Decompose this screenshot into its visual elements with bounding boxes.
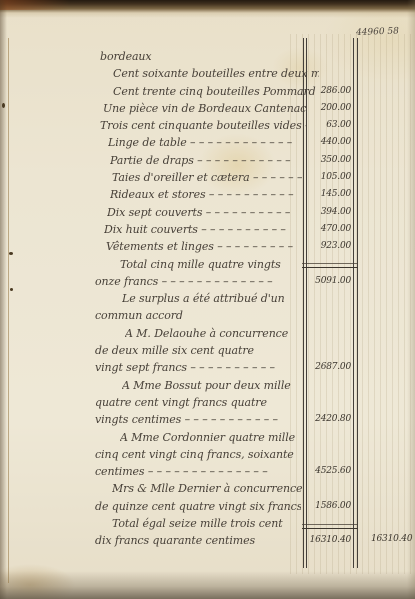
ledger-line: commun accord [95,307,301,324]
ledger-line-text: Total cinq mille quatre vingts [120,256,281,273]
manuscript-text-block: bordeauxCent soixante bouteilles entre d… [95,48,301,550]
page-left-binding-edge [0,0,7,599]
ledger-line: onze francs – – – – – – – – – – – – –509… [95,273,301,290]
ledger-line: A Mme Cordonnier quatre mille [95,429,301,446]
ledger-line: cinq cent vingt cinq francs, soixante [95,446,301,463]
ledger-line-text: cinq cent vingt cinq francs, soixante [95,446,294,463]
ledger-line: Linge de table – – – – – – – – – – – –44… [95,134,301,151]
subtotal-separator-line [302,263,358,268]
ledger-line-amount: 16310.40 [307,532,351,549]
ledger-line-amount: 470.00 [307,221,351,238]
ledger-line-text: quatre cent vingt francs quatre [95,394,267,411]
page-right-edge [407,0,415,599]
ledger-line: Total cinq mille quatre vingts [95,256,301,273]
ledger-line-text: Linge de table – – – – – – – – – – – – [108,134,292,151]
ledger-line: de quinze cent quatre vingt six francs –… [95,498,301,515]
amount-column-right-rule-inner [353,38,354,568]
ledger-line-amount: 440.00 [307,134,351,151]
ledger-line: dix francs quarante centimes16310.40 [95,532,301,549]
ledger-line-text: Une pièce vin de Bordeaux Cantenac – – [103,100,309,117]
ledger-line: Cent soixante bouteilles entre deux mers [95,65,301,82]
ledger-line-text: dix francs quarante centimes [95,532,255,549]
ledger-line: Le surplus a été attribué d'un [95,290,301,307]
ledger-line-text: de quinze cent quatre vingt six francs –… [95,498,301,515]
ledger-line-amount: 286.00 [307,83,351,100]
ledger-line-text: A Mme Bossut pour deux mille [122,377,291,394]
ledger-line-amount: 5091.00 [307,273,351,290]
ledger-line-text: vingts centimes – – – – – – – – – – – [95,411,278,428]
ink-speck [10,288,13,291]
ledger-line-amount: 4525.60 [307,463,351,480]
page-bottom-edge [0,571,415,599]
ledger-line-text: bordeaux [100,48,152,65]
ledger-line: Taies d'oreiller et cætera – – – – – –10… [95,169,301,186]
ledger-line-amount: 394.00 [307,204,351,221]
ledger-line: bordeaux [95,48,301,65]
page-top-left-corner [0,0,70,10]
ledger-line-amount: 2420.80 [307,411,351,428]
ledger-line-text: Partie de draps – – – – – – – – – – – [110,152,291,169]
grand-total-separator-line [302,524,358,529]
ledger-line: vingt sept francs – – – – – – – – – –268… [95,359,301,376]
ledger-line-text: Rideaux et stores – – – – – – – – – – [110,186,294,203]
ink-speck [9,252,13,255]
binding-crease-line [8,38,9,583]
ledger-line-text: onze francs – – – – – – – – – – – – – [95,273,273,290]
ledger-line: Trois cent cinquante bouteilles vides – … [95,117,301,134]
ledger-line-amount: 923.00 [307,238,351,255]
ledger-line-amount: 200.00 [307,100,351,117]
ledger-line-text: Mrs & Mlle Dernier à concurrence [112,480,302,497]
carry-forward-amount: 44960 58 [356,26,412,38]
ledger-line: centimes – – – – – – – – – – – – – –4525… [95,463,301,480]
ledger-line: A M. Delaouhe à concurrence [95,325,301,342]
scanned-ledger-page: 44960 58 bordeauxCent soixante bouteille… [0,0,415,599]
ledger-line-text: commun accord [95,307,183,324]
ledger-line: vingts centimes – – – – – – – – – – –242… [95,411,301,428]
ledger-line-text: Trois cent cinquante bouteilles vides – … [100,117,306,134]
ledger-line-text: Cent soixante bouteilles entre deux mers [113,65,319,82]
ledger-line: Dix sept couverts – – – – – – – – – –394… [95,204,301,221]
ledger-line-text: de deux mille six cent quatre [95,342,254,359]
ledger-line-amount: 105.00 [307,169,351,186]
ink-speck [2,103,5,108]
ledger-line-text: A Mme Cordonnier quatre mille [120,429,295,446]
amount-column-right-rule-outer [357,38,358,568]
ledger-line-amount: 2687.00 [307,359,351,376]
ledger-line: Une pièce vin de Bordeaux Cantenac – –20… [95,100,301,117]
ledger-line-text: centimes – – – – – – – – – – – – – – [95,463,268,480]
ledger-line-amount: 350.00 [307,152,351,169]
ledger-line-text: Dix huit couverts – – – – – – – – – – [104,221,286,238]
ledger-line: Cent trente cinq bouteilles Pommard pour… [95,83,301,100]
ledger-line: de deux mille six cent quatre [95,342,301,359]
ledger-line: Total égal seize mille trois cent [95,515,301,532]
ledger-line: Partie de draps – – – – – – – – – – –350… [95,152,301,169]
ledger-line-text: Total égal seize mille trois cent [112,515,283,532]
ledger-line: quatre cent vingt francs quatre [95,394,301,411]
ledger-line-amount: 1586.00 [307,498,351,515]
ledger-line: A Mme Bossut pour deux mille [95,377,301,394]
ledger-line-text: vingt sept francs – – – – – – – – – – [95,359,275,376]
ledger-line-text: Taies d'oreiller et cætera – – – – – – [112,169,302,186]
ledger-line-text: Vêtements et linges – – – – – – – – – [106,238,293,255]
ledger-line: Rideaux et stores – – – – – – – – – –145… [95,186,301,203]
ledger-line-text: A M. Delaouhe à concurrence [125,325,288,342]
ledger-line-text: Le surplus a été attribué d'un [122,290,285,307]
ledger-line-text: Cent trente cinq bouteilles Pommard pour [113,83,319,100]
ledger-line-amount: 63.00 [307,117,351,134]
ledger-line: Vêtements et linges – – – – – – – – –923… [95,238,301,255]
ledger-line: Mrs & Mlle Dernier à concurrence [95,480,301,497]
ledger-line: Dix huit couverts – – – – – – – – – –470… [95,221,301,238]
ledger-line-text: Dix sept couverts – – – – – – – – – – [107,204,290,221]
ledger-line-amount: 145.00 [307,186,351,203]
